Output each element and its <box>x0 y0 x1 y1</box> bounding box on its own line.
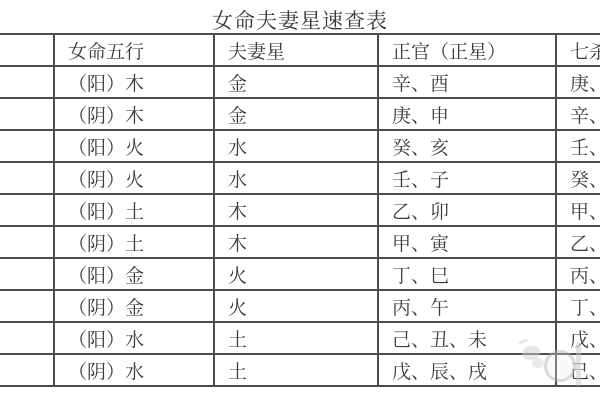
table-cell: 癸、 <box>556 162 600 194</box>
table-cell: （阴）土 <box>54 226 214 258</box>
table-cell: 乙、卯 <box>378 194 556 226</box>
table-cell: 癸、亥 <box>378 130 556 162</box>
table-cell: 火 <box>214 290 378 322</box>
table-cell <box>0 98 54 130</box>
table-header-row: 女命五行 夫妻星 正官（正星） 七杀 <box>0 34 600 66</box>
table-cell: 辛、 <box>556 98 600 130</box>
table-cell <box>0 66 54 98</box>
table-cell: 庚、 <box>556 66 600 98</box>
table-cell: （阳）火 <box>54 130 214 162</box>
table-row: （阴）木 金 庚、申 辛、 <box>0 98 600 130</box>
table-cell: （阳）金 <box>54 258 214 290</box>
table-cell: 丁、 <box>556 290 600 322</box>
table-cell: （阴）木 <box>54 98 214 130</box>
table-cell: 庚、申 <box>378 98 556 130</box>
table-row: （阳）水 土 己、丑、未 戊、 <box>0 322 600 354</box>
table-cell: 戊、 <box>556 322 600 354</box>
table-cell: 木 <box>214 194 378 226</box>
table-cell <box>0 130 54 162</box>
table-cell: 壬、 <box>556 130 600 162</box>
column-header-spouse-star: 夫妻星 <box>214 34 378 66</box>
table-cell <box>0 226 54 258</box>
table-row: （阳）土 木 乙、卯 甲、 <box>0 194 600 226</box>
table-cell: 甲、 <box>556 194 600 226</box>
page: 女命夫妻星速查表 女命五行 夫妻星 正官（正星） 七杀 （阳）木 金 辛、酉 庚… <box>0 0 600 400</box>
table-cell <box>0 290 54 322</box>
table-cell: （阴）水 <box>54 354 214 386</box>
table-cell <box>0 194 54 226</box>
column-header-blank <box>0 34 54 66</box>
table-cell: 火 <box>214 258 378 290</box>
column-header-seven-kills: 七杀 <box>556 34 600 66</box>
table-cell: （阴）金 <box>54 290 214 322</box>
table-row: （阳）火 水 癸、亥 壬、 <box>0 130 600 162</box>
column-header-proper-official: 正官（正星） <box>378 34 556 66</box>
column-header-female-element: 女命五行 <box>54 34 214 66</box>
spouse-star-table: 女命五行 夫妻星 正官（正星） 七杀 （阳）木 金 辛、酉 庚、 （阴）木 金 … <box>0 33 600 387</box>
table-cell: 水 <box>214 130 378 162</box>
table-row: （阴）金 火 丙、午 丁、 <box>0 290 600 322</box>
table-cell: 丙、午 <box>378 290 556 322</box>
table-cell: 戊、辰、戌 <box>378 354 556 386</box>
table-cell: （阴）火 <box>54 162 214 194</box>
table-cell: 壬、子 <box>378 162 556 194</box>
table-row: （阳）金 火 丁、巳 丙、 <box>0 258 600 290</box>
table-cell: 金 <box>214 98 378 130</box>
table-cell: 己、丑、未 <box>378 322 556 354</box>
page-title: 女命夫妻星速查表 <box>0 5 600 35</box>
table-cell <box>0 354 54 386</box>
table-cell <box>0 162 54 194</box>
table-cell: 土 <box>214 322 378 354</box>
table-cell: 水 <box>214 162 378 194</box>
table-row: （阳）木 金 辛、酉 庚、 <box>0 66 600 98</box>
table-row: （阴）火 水 壬、子 癸、 <box>0 162 600 194</box>
table-cell: 土 <box>214 354 378 386</box>
table-cell <box>0 322 54 354</box>
table-cell <box>0 258 54 290</box>
table-cell: 金 <box>214 66 378 98</box>
table-cell: （阳）水 <box>54 322 214 354</box>
table-cell: （阳）木 <box>54 66 214 98</box>
table-cell: 辛、酉 <box>378 66 556 98</box>
table-cell: 丁、巳 <box>378 258 556 290</box>
table-row: （阴）水 土 戊、辰、戌 己、 <box>0 354 600 386</box>
table-cell: 己、 <box>556 354 600 386</box>
table-cell: （阳）土 <box>54 194 214 226</box>
table-cell: 丙、 <box>556 258 600 290</box>
table-cell: 甲、寅 <box>378 226 556 258</box>
table-row: （阴）土 木 甲、寅 乙、 <box>0 226 600 258</box>
table-cell: 乙、 <box>556 226 600 258</box>
table-cell: 木 <box>214 226 378 258</box>
